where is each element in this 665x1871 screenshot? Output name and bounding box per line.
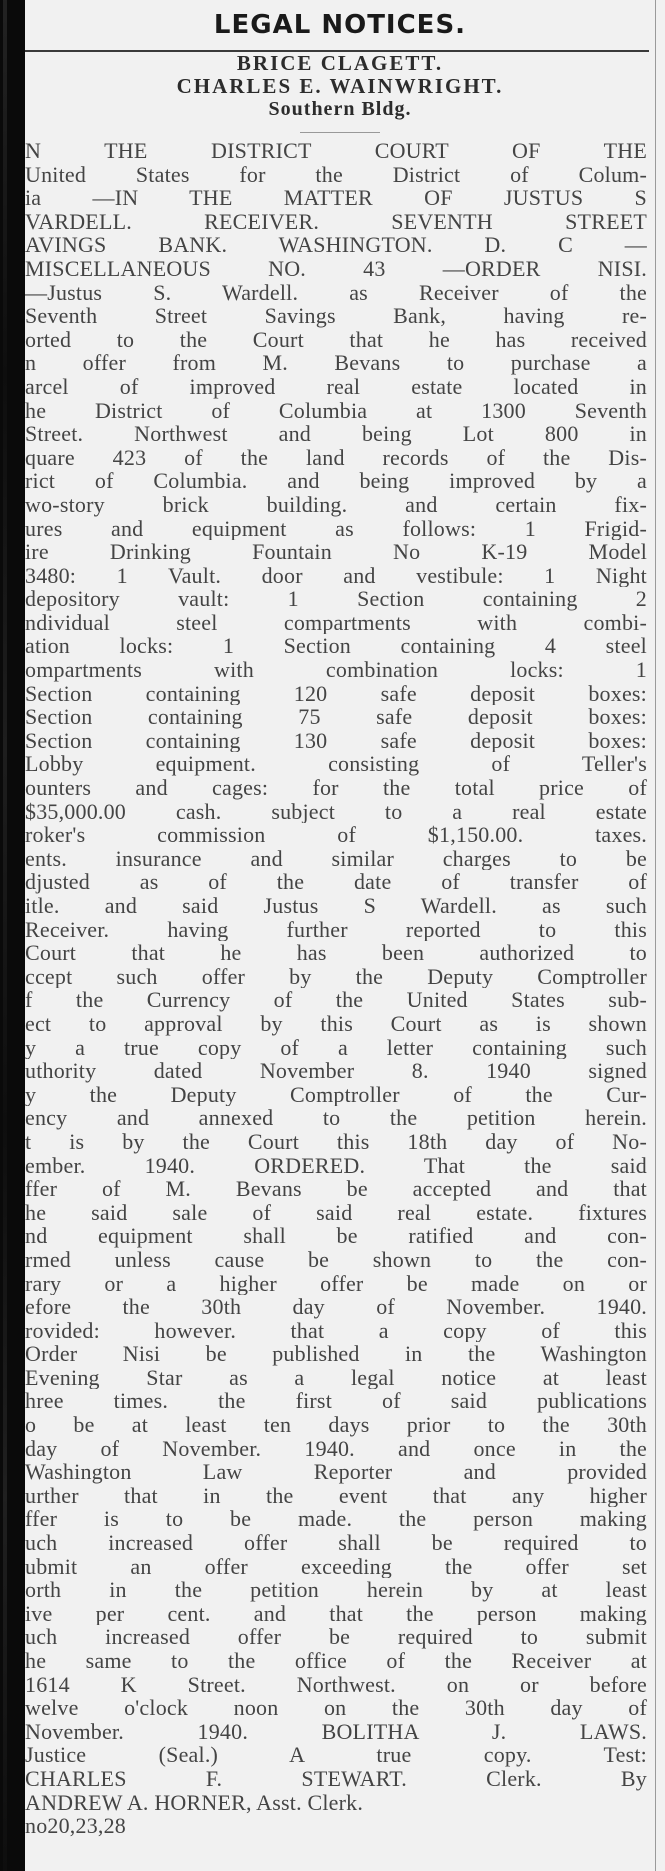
notice-line: rmed unless cause be shown to the con- [25,1248,647,1272]
notice-line: MISCELLANEOUS NO. 43 —ORDER NISI. [25,257,647,281]
notice-line: uch increased offer shall be required to [25,1531,647,1555]
notice-line: roker's commission of $1,150.00. taxes. [25,823,647,847]
notice-line: o be at least ten days prior to the 30th [25,1413,647,1437]
notice-line: orth in the petition herein by at least [25,1578,647,1602]
notice-line: he same to the office of the Receiver at [25,1649,647,1673]
notice-line: ire Drinking Fountain No K-19 Model [25,540,647,564]
notice-line: N THE DISTRICT COURT OF THE [25,139,647,163]
notice-line: no20,23,28 [25,1814,647,1838]
notice-line: he District of Columbia at 1300 Seventh [25,399,647,423]
notice-line: rary or a higher offer be made on or [25,1272,647,1296]
notice-line: n offer from M. Bevans to purchase a [25,351,647,375]
notice-line: ents. insurance and similar charges to b… [25,847,647,871]
notice-line: Order Nisi be published in the Washingto… [25,1342,647,1366]
notice-line: ompartments with combination locks: 1 [25,658,647,682]
notice-line: Lobby equipment. consisting of Teller's [25,752,647,776]
notice-line: welve o'clock noon on the 30th day of [25,1696,647,1720]
notice-line: rict of Columbia. and being improved by … [25,469,647,493]
notice-line: Seventh Street Savings Bank, having re- [25,304,647,328]
notice-line: orted to the Court that he has received [25,328,647,352]
notice-line: itle. and said Justus S Wardell. as such [25,894,647,918]
notice-line: ia —IN THE MATTER OF JUSTUS S [25,186,647,210]
notice-line: November. 1940. BOLITHA J. LAWS. [25,1720,647,1744]
notice-line: ures and equipment as follows: 1 Frigid- [25,517,647,541]
notice-line: hree times. the first of said publicatio… [25,1389,647,1413]
notice-line: Section containing 130 safe deposit boxe… [25,729,647,753]
section-heading: LEGAL NOTICES. [25,10,655,40]
notice-line: urther that in the event that any higher [25,1484,647,1508]
notice-line: uch increased offer be required to submi… [25,1625,647,1649]
notice-line: quare 423 of the land records of the Dis… [25,446,647,470]
newspaper-column: LEGAL NOTICES. BRICE CLAGETT. CHARLES E.… [25,0,655,1838]
notice-line: t is by the Court this 18th day of No- [25,1130,647,1154]
notice-line: ect to approval by this Court as is show… [25,1012,647,1036]
notice-line: day of November. 1940. and once in the [25,1437,647,1461]
notice-line: VARDELL. RECEIVER. SEVENTH STREET [25,210,647,234]
notice-line: AVINGS BANK. WASHINGTON. D. C — [25,233,647,257]
notice-line: 3480: 1 Vault. door and vestibule: 1 Nig… [25,564,647,588]
notice-line: arcel of improved real estate located in [25,375,647,399]
notice-line: Section containing 120 safe deposit boxe… [25,682,647,706]
notice-line: uthority dated November 8. 1940 signed [25,1059,647,1083]
notice-line: Section containing 75 safe deposit boxes… [25,705,647,729]
notice-line: nd equipment shall be ratified and con- [25,1224,647,1248]
column-rule [655,0,656,1871]
notice-line: rovided: however. that a copy of this [25,1319,647,1343]
notice-line: ANDREW A. HORNER, Asst. Clerk. [25,1791,647,1815]
attorney-name-2: CHARLES E. WAINWRIGHT. [25,75,655,98]
notice-line: he said sale of said real estate. fixtur… [25,1201,647,1225]
divider [300,132,380,133]
attorney-address: Southern Bldg. [25,98,655,120]
notice-body: N THE DISTRICT COURT OF THEUnited States… [25,139,655,1838]
page-gutter-shadow [0,0,25,1871]
attorney-name-1: BRICE CLAGETT. [25,52,655,75]
notice-line: efore the 30th day of November. 1940. [25,1295,647,1319]
notice-line: depository vault: 1 Section containing 2 [25,587,647,611]
notice-line: ffer of M. Bevans be accepted and that [25,1177,647,1201]
notice-line: y a true copy of a letter containing suc… [25,1036,647,1060]
notice-line: wo-story brick building. and certain fix… [25,493,647,517]
notice-line: ation locks: 1 Section containing 4 stee… [25,634,647,658]
notice-line: ounters and cages: for the total price o… [25,776,647,800]
notice-line: Receiver. having further reported to thi… [25,918,647,942]
notice-line: ive per cent. and that the person making [25,1602,647,1626]
notice-line: f the Currency of the United States sub- [25,988,647,1012]
notice-line: 1614 K Street. Northwest. on or before [25,1673,647,1697]
notice-line: Evening Star as a legal notice at least [25,1366,647,1390]
notice-line: Street. Northwest and being Lot 800 in [25,422,647,446]
notice-line: $35,000.00 cash. subject to a real estat… [25,800,647,824]
notice-line: —Justus S. Wardell. as Receiver of the [25,281,647,305]
notice-line: ccept such offer by the Deputy Comptroll… [25,965,647,989]
notice-line: ember. 1940. ORDERED. That the said [25,1154,647,1178]
notice-line: y the Deputy Comptroller of the Cur- [25,1083,647,1107]
attorney-block: BRICE CLAGETT. CHARLES E. WAINWRIGHT. So… [25,52,655,120]
notice-line: Washington Law Reporter and provided [25,1460,647,1484]
notice-line: United States for the District of Colum- [25,163,647,187]
notice-line: Court that he has been authorized to [25,941,647,965]
notice-line: ency and annexed to the petition herein. [25,1106,647,1130]
notice-line: djusted as of the date of transfer of [25,870,647,894]
notice-line: Justice (Seal.) A true copy. Test: [25,1743,647,1767]
notice-line: CHARLES F. STEWART. Clerk. By [25,1767,647,1791]
notice-line: ubmit an offer exceeding the offer set [25,1555,647,1579]
notice-line: ndividual steel compartments with combi- [25,611,647,635]
notice-line: ffer is to be made. the person making [25,1507,647,1531]
